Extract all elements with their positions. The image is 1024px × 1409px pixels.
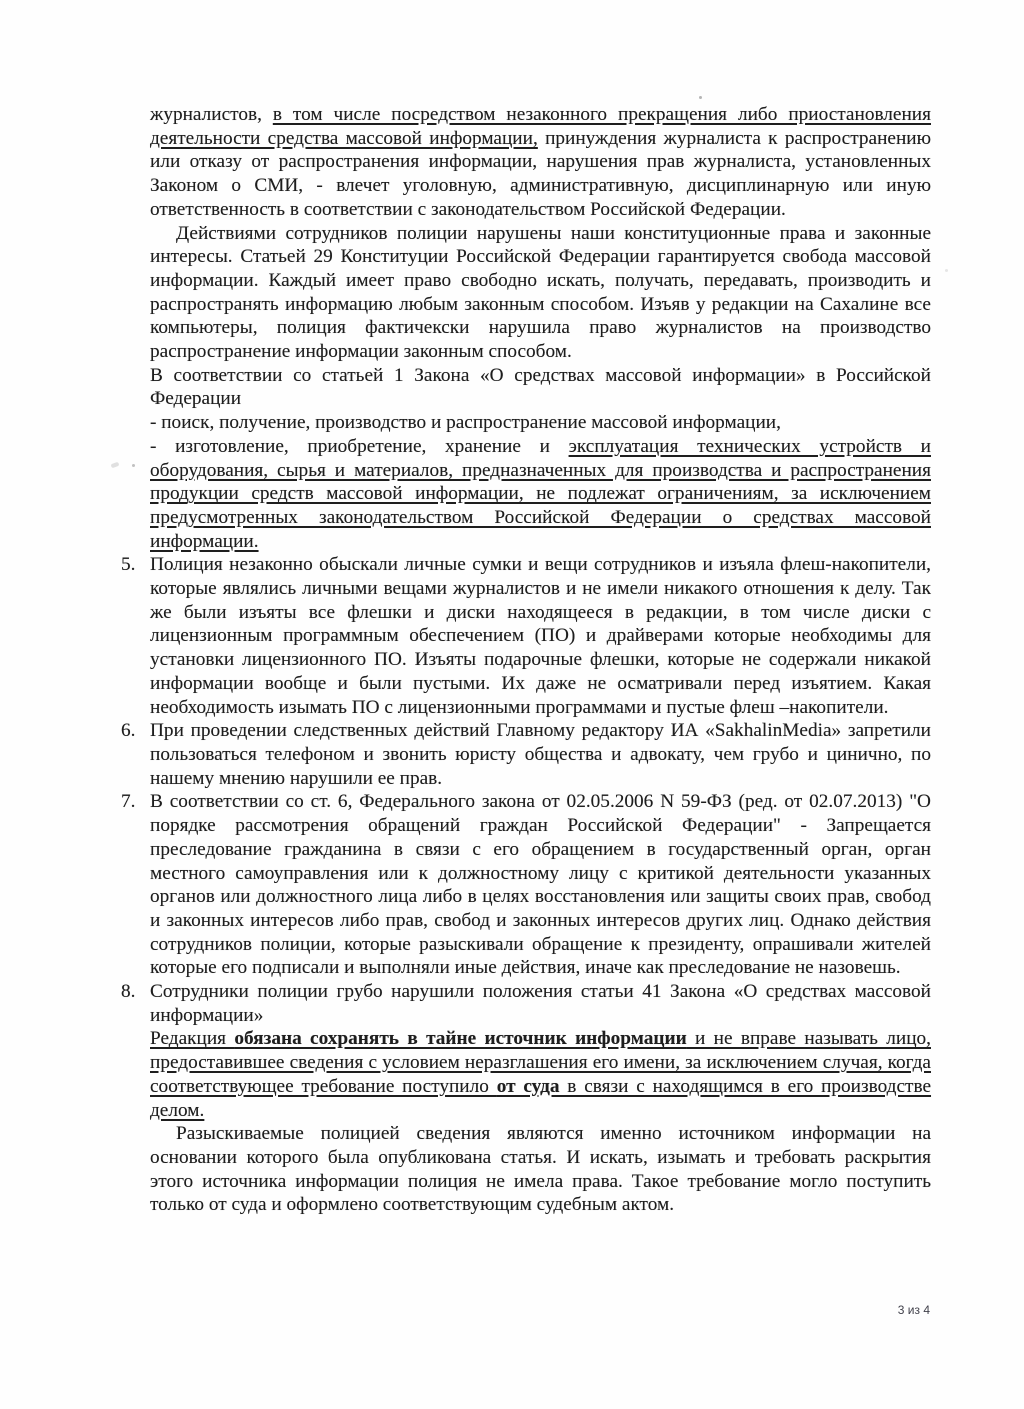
list-item-7: 7. В соответствии со ст. 6, Федерального… (150, 790, 931, 980)
document-body: журналистов, в том числе посредством нез… (150, 103, 931, 1217)
list-number: 6. (121, 719, 135, 743)
scan-speck (945, 269, 948, 272)
para-source-of-information: Разыскиваемые полицией сведения являются… (150, 1122, 931, 1217)
para-article41-quote: Редакция обязана сохранять в тайне источ… (150, 1027, 931, 1122)
list-item-6: 6. При проведении следственных действий … (150, 719, 931, 790)
scan-speck (132, 464, 135, 467)
list-item-text: Сотрудники полиции грубо нарушили положе… (150, 981, 931, 1026)
list-item-text: Полиция незаконно обыскали личные сумки … (150, 554, 931, 717)
scan-speck (111, 462, 120, 468)
page-number: 3 из 4 (898, 1303, 930, 1317)
scanned-document-page: журналистов, в том числе посредством нез… (0, 0, 1024, 1409)
list-number: 5. (121, 553, 135, 577)
list-item-5: 5. Полиция незаконно обыскали личные сум… (150, 553, 931, 719)
para-constitutional-rights: Действиями сотрудников полиции нарушены … (150, 222, 931, 364)
list-number: 7. (121, 790, 135, 814)
scan-speck (699, 96, 702, 99)
list-item-text: В соответствии со ст. 6, Федерального за… (150, 791, 931, 978)
list-item-text: При проведении следственных действий Гла… (150, 720, 931, 788)
bullet-manufacture-equipment: - изготовление, приобретение, хранение и… (150, 435, 931, 554)
list-item-8: 8. Сотрудники полиции грубо нарушили пол… (150, 980, 931, 1027)
bullet-search-production: - поиск, получение, производство и распр… (150, 411, 931, 435)
list-number: 8. (121, 980, 135, 1004)
para-smi-violation-continuation: журналистов, в том числе посредством нез… (150, 103, 931, 222)
para-article1-intro: В соответствии со статьей 1 Закона «О ср… (150, 364, 931, 411)
